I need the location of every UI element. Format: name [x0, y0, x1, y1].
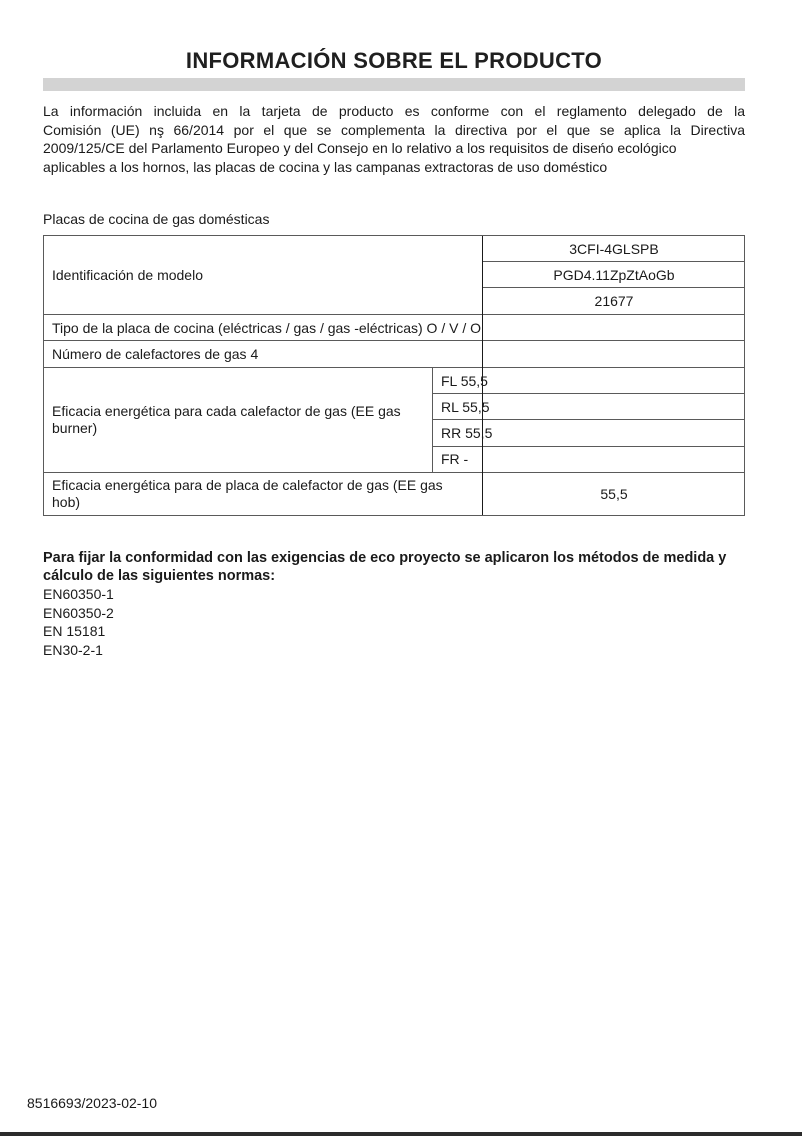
product-spec-table: Identificación de modelo 3CFI-4GLSPB PGD… — [43, 235, 745, 516]
table-rule — [482, 287, 745, 288]
table-rule — [482, 236, 483, 515]
standard-item: EN 15181 — [43, 622, 114, 641]
burner-efficiency-label: Eficacia energética para cada calefactor… — [44, 368, 424, 472]
hob-efficiency-value: 55,5 — [483, 473, 745, 515]
burner-efficiency-rr: RR 55,5 — [433, 420, 743, 446]
intro-line: La información incluida en la tarjeta de… — [43, 102, 745, 121]
burner-efficiency-fr: FR - — [433, 446, 743, 472]
table-rule — [432, 419, 745, 420]
page-title: INFORMACIÓN SOBRE EL PRODUCTO — [0, 48, 788, 74]
table-rule — [44, 367, 745, 368]
intro-line: Comisión (UE) nş 66/2014 por el que se c… — [43, 121, 745, 140]
table-rule — [432, 367, 433, 472]
table-rule — [432, 446, 745, 447]
bottom-rule — [0, 1132, 802, 1136]
standards-heading: Para fijar la conformidad con las exigen… — [43, 549, 763, 585]
model-id-value: 3CFI-4GLSPB — [483, 236, 745, 262]
standard-item: EN30-2-1 — [43, 641, 114, 660]
model-id-value: 21677 — [483, 288, 745, 314]
burner-count-row: Número de calefactores de gas 4 — [44, 341, 744, 367]
table-rule — [44, 314, 745, 315]
hob-type-row: Tipo de la placa de cocina (eléctricas /… — [44, 315, 744, 341]
model-id-label: Identificación de modelo — [44, 236, 482, 314]
standards-list: EN60350-1 EN60350-2 EN 15181 EN30-2-1 — [43, 585, 114, 659]
intro-line: 2009/125/CE del Parlamento Europeo y del… — [43, 139, 745, 158]
model-id-value: PGD4.11ZpZtAoGb — [483, 262, 745, 288]
table-rule — [44, 340, 745, 341]
section-label: Placas de cocina de gas domésticas — [43, 211, 269, 227]
intro-line: aplicables a los hornos, las placas de c… — [43, 158, 745, 177]
standard-item: EN60350-1 — [43, 585, 114, 604]
table-rule — [482, 261, 745, 262]
hob-efficiency-label: Eficacia energética para de placa de cal… — [44, 473, 474, 515]
table-rule — [44, 472, 745, 473]
burner-efficiency-rl: RL 55,5 — [433, 394, 743, 420]
table-rule — [432, 393, 745, 394]
burner-efficiency-fl: FL 55,5 — [433, 368, 743, 394]
standard-item: EN60350-2 — [43, 604, 114, 623]
document-code: 8516693/2023-02-10 — [27, 1095, 157, 1111]
title-underline-bar — [43, 78, 745, 91]
intro-paragraph: La información incluida en la tarjeta de… — [43, 102, 745, 176]
